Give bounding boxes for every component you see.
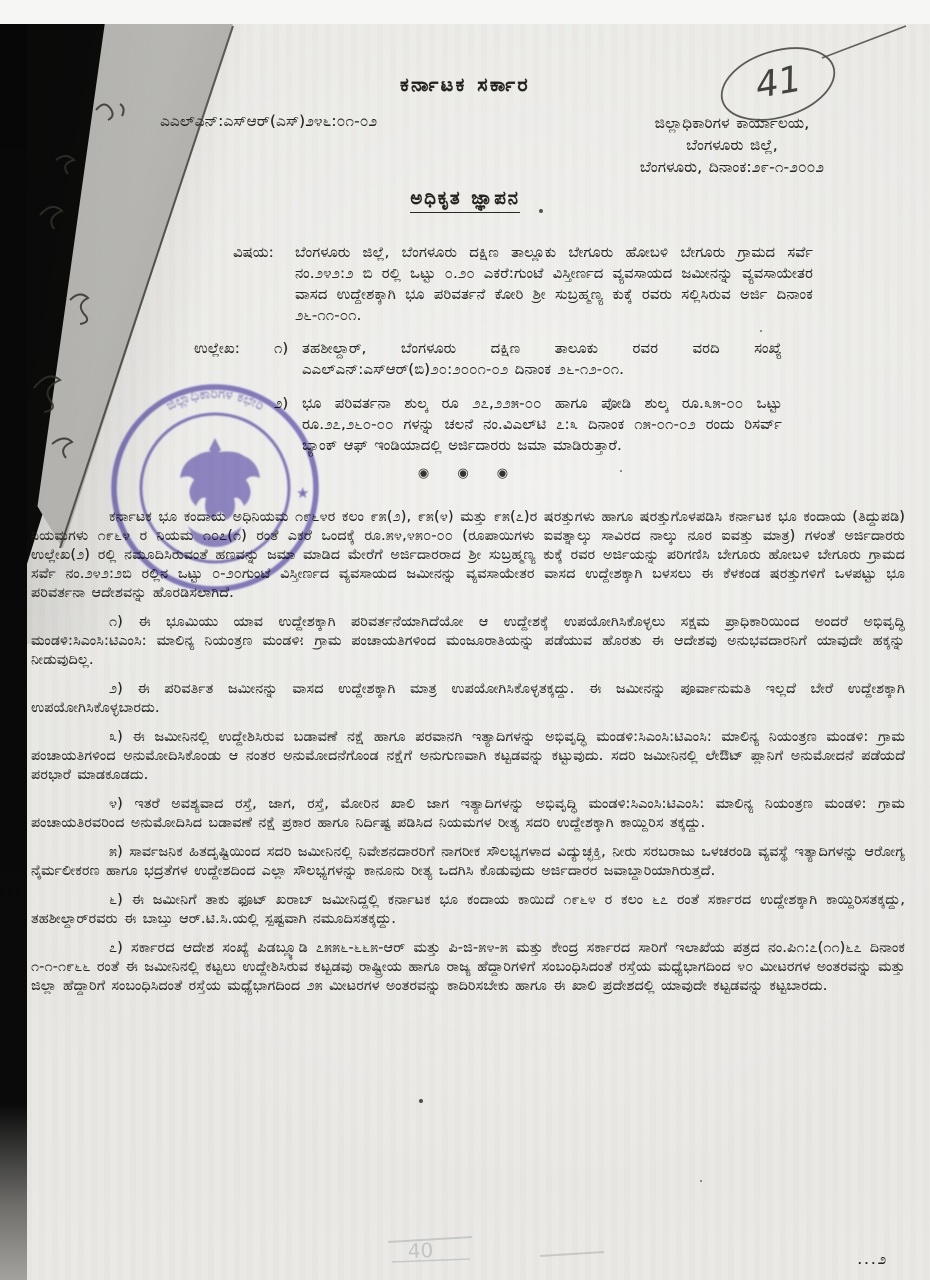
office-address-line: ಬೆಂಗಳೂರು, ದಿನಾಂಕ:೨೯-೧-೨೦೦೨ bbox=[552, 156, 912, 178]
subject-block: ವಿಷಯ: ಬೆಂಗಳೂರು ಜಿಲ್ಲೆ, ಬೆಂಗಳೂರು ದಕ್ಷಿಣ ತ… bbox=[233, 243, 813, 327]
scan-top-margin bbox=[0, 0, 930, 24]
memo-heading: ಅಧಿಕೃತ ಜ್ಞಾಪನ bbox=[410, 188, 520, 213]
handwritten-tail-stroke bbox=[822, 26, 906, 58]
subject-label: ವಿಷಯ: bbox=[233, 243, 295, 327]
body-paragraph: ೪) ಇತರೆ ಅವಶ್ಯವಾದ ರಸ್ತೆ, ಜಾಗ, ರಸ್ತೆ, ಮೋರಿ… bbox=[31, 795, 905, 833]
office-address: ಜಿಲ್ಲಾಧಿಕಾರಿಗಳ ಕಾರ್ಯಾಲಯ, ಬೆಂಗಳೂರು ಜಿಲ್ಲೆ… bbox=[552, 112, 912, 178]
reference-item-text: ತಹಶೀಲ್ದಾರ್, ಬೆಂಗಳೂರು ದಕ್ಷಿಣ ತಾಲೂಕು ರವರ ವ… bbox=[302, 339, 782, 381]
reference-item-number: ೧) bbox=[274, 339, 302, 381]
reference-label: ಉಲ್ಲೇಖ: bbox=[194, 339, 274, 381]
reference-item-text: ಭೂ ಪರಿವರ್ತನಾ ಶುಲ್ಕ ರೂ ೨೭,೨೨೫-೦೦ ಹಾಗೂ ಪೋಡ… bbox=[302, 394, 782, 457]
body-paragraph: ೧) ಈ ಭೂಮಿಯು ಯಾವ ಉದ್ದೇಶಕ್ಕಾಗಿ ಪರಿವರ್ತನೆಯಾ… bbox=[31, 613, 905, 670]
body-paragraph: ೩) ಈ ಜಮೀನಿನಲ್ಲಿ ಉದ್ದೇಶಿಸಿರುವ ಬಡಾವಣೆ ನಕ್ಷ… bbox=[31, 728, 905, 785]
stamp-star-icon: ★ bbox=[296, 484, 309, 502]
photocopy-speckles bbox=[0, 0, 2, 2]
body-paragraph: ೫) ಸಾರ್ವಜನಿಕ ಹಿತದೃಷ್ಟಿಯಿಂದ ಸದರಿ ಜಮೀನಿನಲ್… bbox=[31, 843, 905, 881]
reference-item: ಉಲ್ಲೇಖ: ೧) ತಹಶೀಲ್ದಾರ್, ಬೆಂಗಳೂರು ದಕ್ಷಿಣ ತ… bbox=[194, 339, 814, 381]
page-title: ಕರ್ನಾಟಕ ಸರ್ಕಾರ bbox=[0, 74, 930, 96]
subject-text: ಬೆಂಗಳೂರು ಜಿಲ್ಲೆ, ಬೆಂಗಳೂರು ದಕ್ಷಿಣ ತಾಲ್ಲೂಕ… bbox=[295, 243, 813, 327]
body-paragraph: ೭) ಸರ್ಕಾರದ ಆದೇಶ ಸಂಖ್ಯೆ ಪಿಡಬ್ಲ್ಯೂಡಿ ೭೫೫೬-… bbox=[31, 939, 905, 996]
document-body: ಕರ್ನಾಟಕ ಭೂ ಕಂದಾಯ ಅಧಿನಿಯಮ ೧೯೬೪ರ ಕಲಂ ೯೫(೨)… bbox=[31, 508, 905, 1270]
scanned-document-page: ಕರ್ನಾಟಕ ಸರ್ಕಾರ ಎಎಲ್‌ಎನ್:ಎಸ್‌ಆರ್(ಎಸ್)೨೪೬:… bbox=[0, 0, 930, 1280]
office-address-line: ಬೆಂಗಳೂರು ಜಿಲ್ಲೆ, bbox=[552, 134, 912, 156]
reference-block: ಉಲ್ಲೇಖ: ೧) ತಹಶೀಲ್ದಾರ್, ಬೆಂಗಳೂರು ದಕ್ಷಿಣ ತ… bbox=[194, 339, 814, 470]
reference-item-number: ೨) bbox=[274, 394, 302, 457]
continuation-marker: ...೨ bbox=[857, 1250, 888, 1268]
reference-spacer bbox=[194, 394, 274, 457]
reference-item: ೨) ಭೂ ಪರಿವರ್ತನಾ ಶುಲ್ಕ ರೂ ೨೭,೨೨೫-೦೦ ಹಾಗೂ … bbox=[194, 394, 814, 457]
reference-number: ಎಎಲ್‌ಎನ್:ಎಸ್‌ಆರ್(ಎಸ್)೨೪೬:೦೧-೦೨ bbox=[160, 112, 377, 130]
memo-heading-wrap: ಅಧಿಕೃತ ಜ್ಞಾಪನ bbox=[0, 188, 930, 213]
body-paragraph: ೬) ಈ ಜಮೀನಿಗೆ ತಾಕು ಫೂಟ್ ಖರಾಬ್ ಜಮೀನಿದ್ದಲ್ಲ… bbox=[31, 891, 905, 929]
divider-dots: ◉ ◉ ◉ bbox=[0, 466, 930, 481]
body-paragraph: ೨) ಈ ಪರಿವರ್ತಿತ ಜಮೀನನ್ನು ವಾಸದ ಉದ್ದೇಶಕ್ಕಾಗ… bbox=[31, 680, 905, 718]
body-paragraph: ಕರ್ನಾಟಕ ಭೂ ಕಂದಾಯ ಅಧಿನಿಯಮ ೧೯೬೪ರ ಕಲಂ ೯೫(೨)… bbox=[31, 508, 905, 603]
office-address-line: ಜಿಲ್ಲಾಧಿಕಾರಿಗಳ ಕಾರ್ಯಾಲಯ, bbox=[552, 112, 912, 134]
